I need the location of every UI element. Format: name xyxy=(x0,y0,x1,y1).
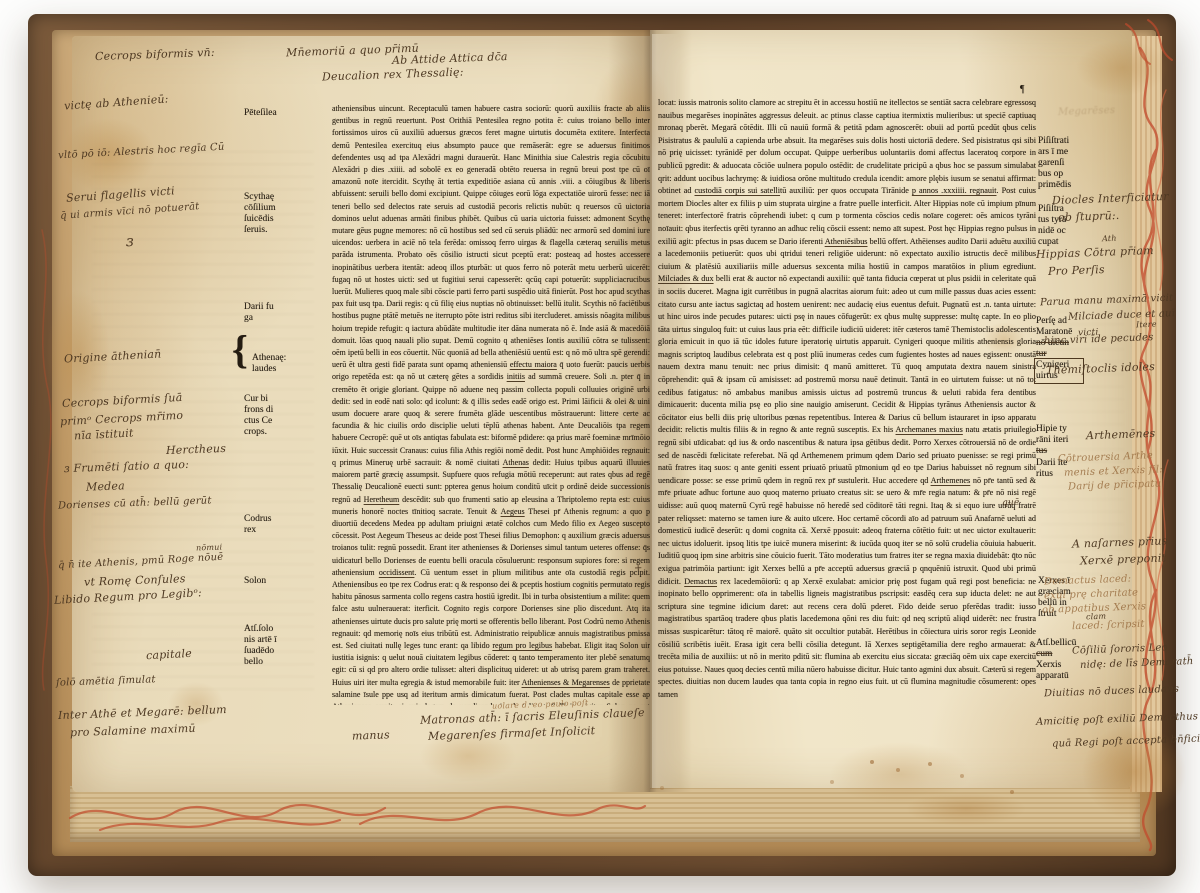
body-text-segment: p annos .xxxiiii. regnauit xyxy=(912,186,997,195)
body-text-segment: Thesei pr̄ Athenis regnum: a quo p diuor… xyxy=(332,507,650,577)
stain xyxy=(1076,40,1168,96)
body-text-segment: custodiā corpis sui satelli xyxy=(695,186,781,195)
body-text-segment: rex lacedemōiorū: q ap Xerxē exulabat… xyxy=(658,577,1036,699)
right-page-body-text: locat: iussis matronis solito clamore ac… xyxy=(658,97,1036,717)
body-text-segment: nō pr̄e tantū sed & mr̄e priuate adhuc… xyxy=(658,476,1036,586)
body-text-segment: Athenienses & Megarenses xyxy=(522,678,610,687)
body-text-segment: belli erat & auctor nō expectandi auxil… xyxy=(658,274,1036,434)
foxing-spots xyxy=(870,760,874,764)
marbled-paper-left-edge xyxy=(30,220,60,700)
body-text-segment: Atheniēsibus xyxy=(825,237,868,246)
body-text-segment: Archemanes maxius xyxy=(896,425,963,434)
body-text-segment: initiis xyxy=(507,372,525,381)
body-text-segment: Aegeus xyxy=(501,507,525,516)
body-text-segment: effectu maiora xyxy=(510,360,557,369)
stain xyxy=(906,792,1026,826)
marbled-paper-bottom-strip xyxy=(60,790,650,840)
body-text-segment: locat: iussis matronis solito clamore ac… xyxy=(658,98,1036,195)
body-text-segment: atheniensibus uincunt. Receptaculū tame… xyxy=(332,104,650,369)
body-text-segment: regum pro legibus xyxy=(492,641,552,650)
body-text-segment: ad summā creuere. Soli .n. pter q̄ in c… xyxy=(332,372,650,466)
body-text-segment: Athenas xyxy=(503,458,529,467)
body-text-segment: tū auxiliū: per quos occupata Tirānid… xyxy=(780,186,912,195)
left-page-body-text: atheniensibus uincunt. Receptaculū tame… xyxy=(332,103,650,705)
stain xyxy=(420,730,516,782)
body-text-segment: Demactus xyxy=(684,577,717,586)
photo-of-open-book: atheniensibus uincunt. Receptaculū tame… xyxy=(0,0,1200,893)
stain xyxy=(1082,724,1186,820)
body-text-segment: Solon xyxy=(606,702,625,705)
body-text-segment: Heretheum xyxy=(364,495,400,504)
body-text-segment: occidissent xyxy=(379,568,415,577)
ink-show-through xyxy=(92,150,314,690)
body-text-segment: Arthemenes xyxy=(931,476,971,485)
body-text-segment: Milciades & dux xyxy=(658,274,714,283)
ink-show-through xyxy=(1040,300,1124,600)
body-text-segment: . Cū uentum esset in plium militibus an… xyxy=(332,568,650,650)
